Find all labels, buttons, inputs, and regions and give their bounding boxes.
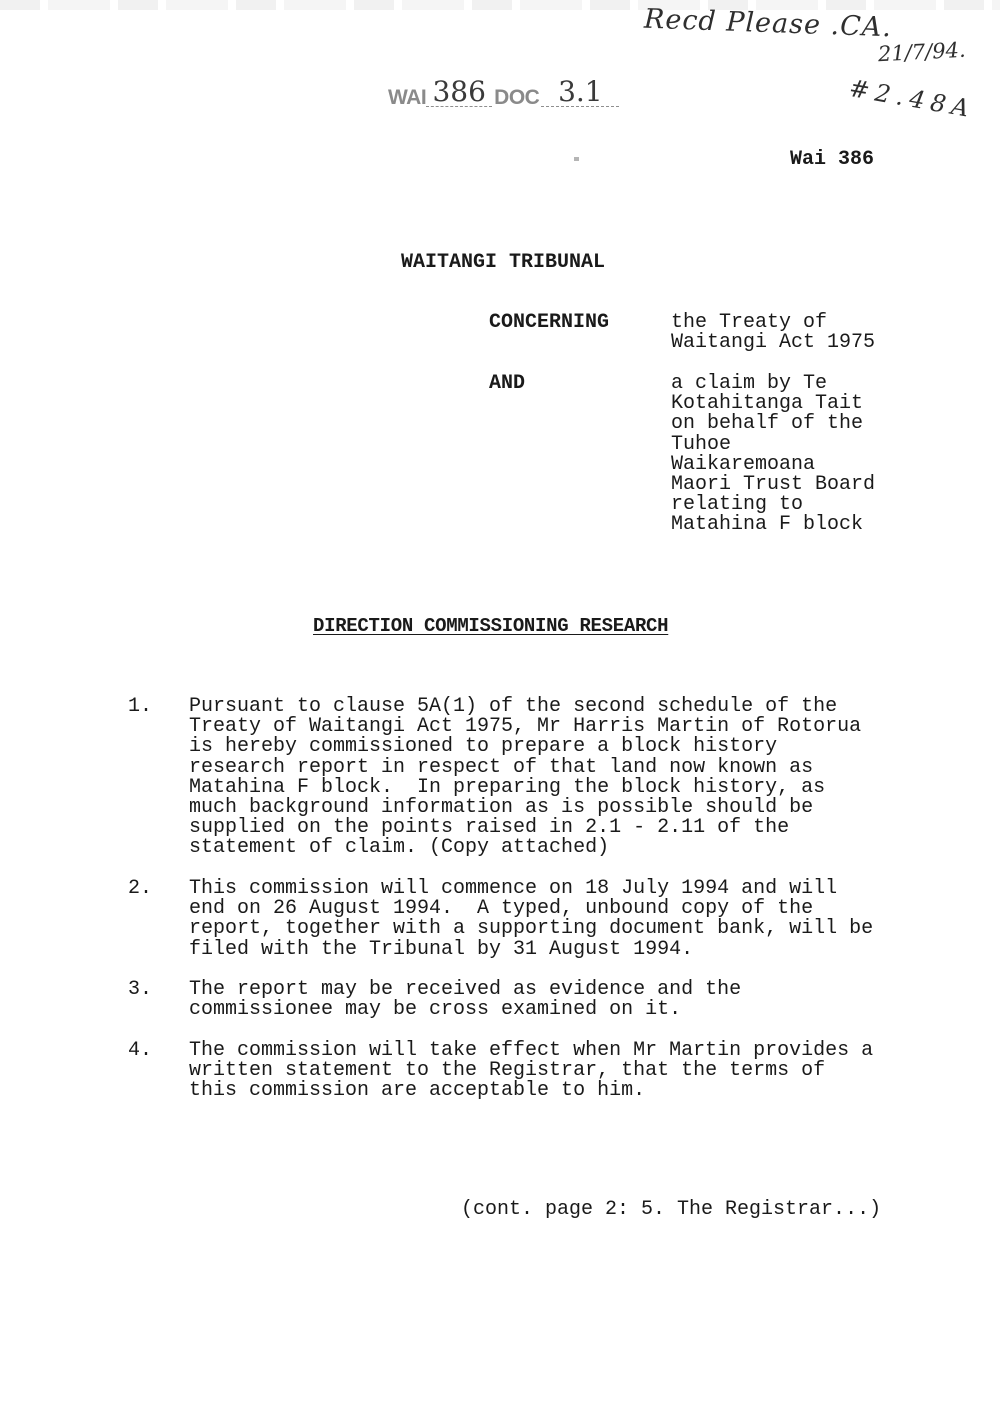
concerning-label: CONCERNING xyxy=(489,313,609,333)
paragraph-text: Pursuant to clause 5A(1) of the second s… xyxy=(189,697,909,859)
paragraph-number: 4. xyxy=(128,1041,152,1061)
paragraph-text: This commission will commence on 18 July… xyxy=(189,879,909,960)
paragraph-number: 1. xyxy=(128,697,152,717)
and-label: AND xyxy=(489,374,525,394)
document-page: Recd Please .CA. 21/7/94. #2.48A WAI 386… xyxy=(0,0,1000,1414)
paragraph-number: 2. xyxy=(128,879,152,899)
paragraph-text: The commission will take effect when Mr … xyxy=(189,1041,909,1102)
stamp-wai-value: 386 xyxy=(426,78,492,107)
paragraph-text: The report may be received as evidence a… xyxy=(189,980,909,1020)
stamp-wai-label: WAI xyxy=(388,86,426,110)
scan-speck xyxy=(574,157,579,161)
scan-artifact xyxy=(0,0,1000,10)
paragraph-number: 3. xyxy=(128,980,152,1000)
document-title: DIRECTION COMMISSIONING RESEARCH xyxy=(313,616,668,636)
stamp-doc-label: DOC xyxy=(494,86,539,110)
continuation-note: (cont. page 2: 5. The Registrar...) xyxy=(461,1200,881,1220)
wai-reference: Wai 386 xyxy=(790,150,874,170)
document-stamp: WAI 386 DOC 3.1 xyxy=(388,78,619,110)
tribunal-heading: WAITANGI TRIBUNAL xyxy=(401,253,605,273)
stamp-doc-value: 3.1 xyxy=(541,78,619,107)
handwritten-reference: #2.48A xyxy=(847,74,977,124)
and-text: a claim by Te Kotahitanga Tait on behalf… xyxy=(671,374,875,536)
concerning-text: the Treaty of Waitangi Act 1975 xyxy=(671,313,875,353)
handwritten-date: 21/7/94. xyxy=(877,38,966,67)
